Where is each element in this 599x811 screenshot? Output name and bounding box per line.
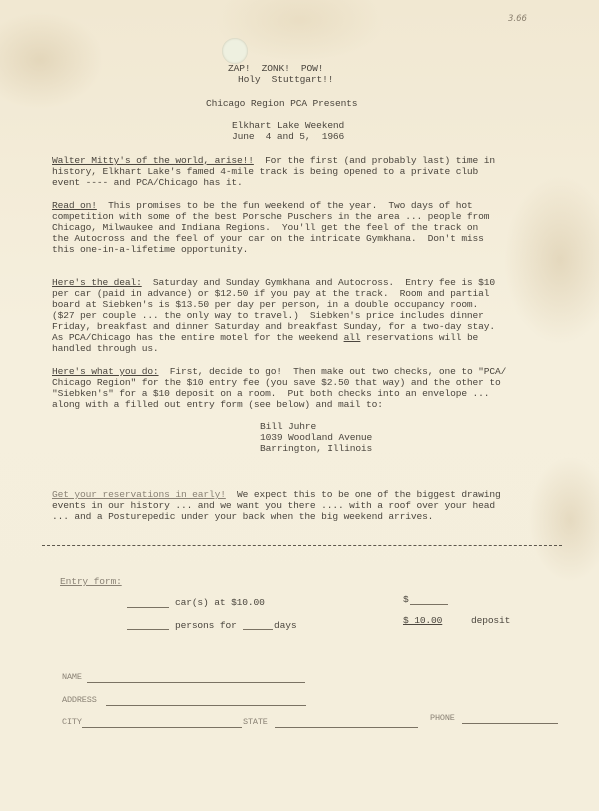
intro-lead: Walter Mitty's of the world, arise!! bbox=[52, 155, 254, 166]
deal-line: Saturday and Sunday Gymkhana and Autocro… bbox=[142, 277, 495, 288]
phone-label: PHONE bbox=[430, 713, 455, 724]
persons-quantity-field[interactable] bbox=[127, 629, 169, 630]
state-label: STATE bbox=[243, 717, 268, 728]
intro-line: For the first (and probably last) time i… bbox=[254, 155, 495, 166]
read-on-line: the Autocross and the feel of your car o… bbox=[52, 233, 484, 244]
read-on-line: this one-in-a-lifetime opportunity. bbox=[52, 244, 248, 255]
persons-label: persons for bbox=[175, 620, 237, 631]
header-exclamations: ZAP! ZONK! POW! bbox=[228, 63, 323, 74]
deal-line: reservations will be bbox=[360, 332, 478, 343]
name-label: NAME bbox=[62, 672, 82, 683]
address-city: Barrington, Illinois bbox=[260, 443, 372, 454]
what-you-do-line: "Siebken's" for a $10 deposit on a room.… bbox=[52, 388, 489, 399]
cars-label: car(s) at $10.00 bbox=[175, 597, 265, 608]
address-street: 1039 Woodland Avenue bbox=[260, 432, 372, 443]
address-field[interactable] bbox=[106, 705, 306, 706]
read-on-lead: Read on! bbox=[52, 200, 97, 211]
state-field[interactable] bbox=[275, 727, 418, 728]
page-number: 3.66 bbox=[508, 14, 527, 24]
days-quantity-field[interactable] bbox=[243, 629, 273, 630]
header-presents: Chicago Region PCA Presents bbox=[206, 98, 357, 109]
intro-line: event ---- and PCA/Chicago has it. bbox=[52, 177, 243, 188]
punch-hole bbox=[222, 38, 248, 64]
reserve-early-line: We expect this to be one of the biggest … bbox=[226, 489, 501, 500]
amount-prefix: $ bbox=[403, 594, 409, 605]
entry-form-title: Entry form: bbox=[60, 576, 122, 587]
city-label: CITY bbox=[62, 717, 82, 728]
read-on-line: This promises to be the fun weekend of t… bbox=[97, 200, 473, 211]
what-you-do-line: First, decide to go! Then make out two c… bbox=[159, 366, 507, 377]
deal-line: ($27 per couple ... the only way to trav… bbox=[52, 310, 484, 321]
intro-line: history, Elkhart Lake's famed 4-mile tra… bbox=[52, 166, 478, 177]
what-you-do-line: Chicago Region" for the $10 entry fee (y… bbox=[52, 377, 501, 388]
event-title: Elkhart Lake Weekend bbox=[232, 120, 344, 131]
deal-lead: Here's the deal: bbox=[52, 277, 142, 288]
event-date: June 4 and 5, 1966 bbox=[232, 131, 344, 142]
days-label: days bbox=[274, 620, 296, 631]
name-field[interactable] bbox=[87, 682, 305, 683]
what-you-do-line: along with a filled out entry form (see … bbox=[52, 399, 383, 410]
read-on-line: Chicago, Milwaukee and Indiana Regions. … bbox=[52, 222, 478, 233]
what-you-do-lead: Here's what you do: bbox=[52, 366, 159, 377]
deal-line: handled through us. bbox=[52, 343, 159, 354]
deposit-label: deposit bbox=[471, 615, 510, 626]
phone-field[interactable] bbox=[462, 723, 558, 724]
deal-line: board at Siebken's is $13.50 per day per… bbox=[52, 299, 478, 310]
address-name: Bill Juhre bbox=[260, 421, 316, 432]
deal-line: Friday, breakfast and dinner Saturday an… bbox=[52, 321, 495, 332]
deal-line: per car (paid in advance) or $12.50 if y… bbox=[52, 288, 489, 299]
cut-line-divider bbox=[42, 545, 562, 546]
header-holy-stuttgart: Holy Stuttgart!! bbox=[238, 74, 333, 85]
reserve-early-lead: Get your reservations in early! bbox=[52, 489, 226, 500]
reserve-early-line: ... and a Posturepedic under your back w… bbox=[52, 511, 433, 522]
deal-emphasis-all: all bbox=[344, 332, 361, 343]
deposit-amount: $ 10.00 bbox=[403, 615, 442, 626]
amount-field[interactable] bbox=[410, 604, 448, 605]
cars-quantity-field[interactable] bbox=[127, 607, 169, 608]
city-field[interactable] bbox=[82, 727, 242, 728]
deal-line: As PCA/Chicago has the entire motel for … bbox=[52, 332, 344, 343]
address-label: ADDRESS bbox=[62, 695, 97, 706]
reserve-early-line: events in our history ... and we want yo… bbox=[52, 500, 495, 511]
read-on-line: competition with some of the best Porsch… bbox=[52, 211, 489, 222]
